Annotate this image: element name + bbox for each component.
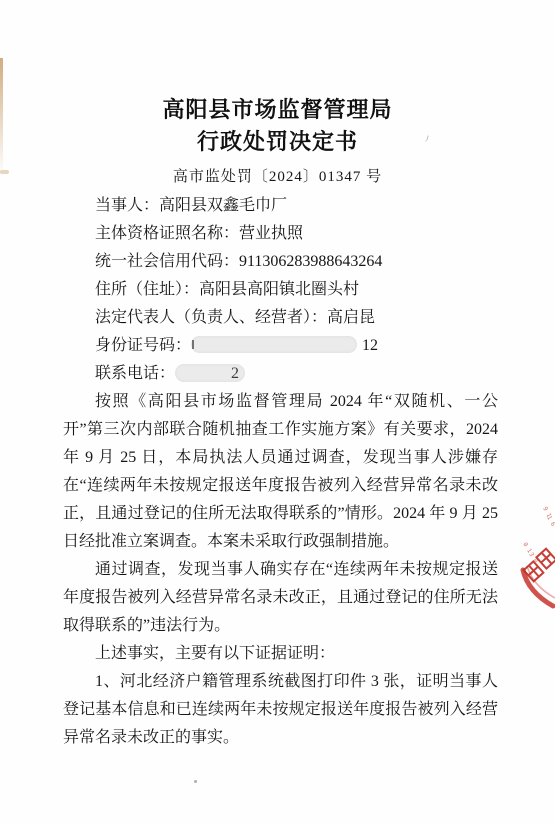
phone-visible-suffix: 2	[231, 365, 239, 382]
phone-line: 联系电话：2	[63, 360, 498, 388]
id-number-visible-suffix: 12	[362, 337, 378, 354]
paragraph-evidence-intro: 上述事实，主要有以下证据证明：	[63, 640, 498, 668]
document-title-line1: 高阳县市场监督管理局	[0, 94, 555, 126]
address-label: 住所（住址）：	[95, 281, 199, 298]
credit-code-line: 统一社会信用代码：911306283988643264	[63, 248, 498, 276]
id-number-line: 身份证号码：12	[63, 332, 498, 360]
id-number-label: 身份证号码：	[95, 337, 191, 354]
paragraph-violation-found: 通过调查，发现当事人确实存在“连续两年未按规定报送年度报告被列入经营异常名录未改…	[63, 556, 498, 640]
paragraph-investigation-basis: 按照《高阳县市场监督管理局 2024 年“双随机、一公开”第三次内部联合随机抽查…	[63, 388, 498, 556]
redaction-block-id	[191, 336, 357, 353]
phone-label: 联系电话：	[95, 365, 175, 382]
legal-rep-value: 高启昆	[327, 309, 375, 326]
document-body: 当事人：高阳县双鑫毛巾厂 主体资格证照名称：营业执照 统一社会信用代码：9113…	[0, 192, 555, 752]
license-name-value: 营业执照	[239, 225, 303, 242]
partial-official-seal-icon: 9 1 1 6 0 1 3 0	[513, 488, 555, 636]
license-name-line: 主体资格证照名称：营业执照	[63, 220, 498, 248]
legal-rep-line: 法定代表人（负责人、经营者）：高启昆	[63, 304, 498, 332]
document-title-line2: 行政处罚决定书	[0, 126, 555, 158]
scan-edge-artifact-dash	[0, 170, 9, 174]
party-value: 高阳县双鑫毛巾厂	[159, 197, 287, 214]
address-line: 住所（住址）：高阳县高阳镇北圈头村	[63, 276, 498, 304]
document-number: 高市监处罚〔2024〕01347 号	[0, 167, 555, 187]
address-value: 高阳县高阳镇北圈头村	[199, 281, 359, 298]
svg-text:1 6: 1 6	[545, 515, 555, 528]
paragraph-evidence-item-1: 1、河北经济户籍管理系统截图打印件 3 张，证明当事人登记基本信息和已连续两年未…	[63, 668, 498, 752]
document-header: 高阳县市场监督管理局 行政处罚决定书 高市监处罚〔2024〕01347 号	[0, 0, 555, 187]
scan-speck-dot	[194, 780, 197, 783]
party-line: 当事人：高阳县双鑫毛巾厂	[63, 192, 498, 220]
scan-edge-artifact	[0, 58, 3, 176]
legal-rep-label: 法定代表人（负责人、经营者）：	[95, 309, 327, 326]
seal-area: 9 1 1 6 0 1 3 0	[513, 488, 555, 636]
credit-code-value: 911306283988643264	[239, 253, 382, 270]
credit-code-label: 统一社会信用代码：	[95, 253, 239, 270]
scanned-document-page: 高阳县市场监督管理局 行政处罚决定书 高市监处罚〔2024〕01347 号 当事…	[0, 0, 555, 823]
license-name-label: 主体资格证照名称：	[95, 225, 239, 242]
party-label: 当事人：	[95, 197, 159, 214]
